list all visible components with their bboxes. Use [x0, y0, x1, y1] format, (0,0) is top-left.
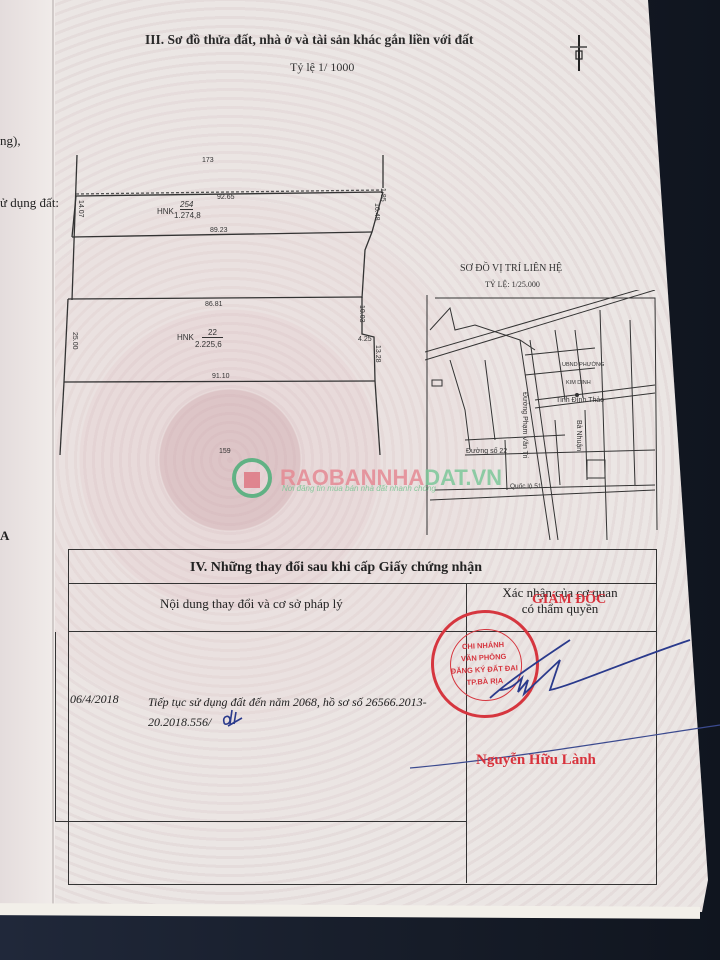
section4-title: IV. Những thay đổi sau khi cấp Giấy chứn…: [190, 560, 482, 576]
upper-bottom-edge: 89.23: [210, 227, 228, 234]
upper-right-edge: 10.48: [373, 203, 380, 221]
lower-top-edge: 86.81: [205, 301, 223, 308]
watermark-logo-icon: [232, 458, 272, 498]
map-label-road4: Bà Nhuận: [575, 420, 582, 451]
location-map-title: SƠ ĐỒ VỊ TRÍ LIÊN HỆ: [460, 263, 562, 274]
location-map: [425, 290, 660, 540]
watermark-tagline: Nơi đăng tin mua bán nhà đất nhanh chóng: [282, 484, 436, 493]
table-outer-left: [55, 632, 56, 822]
map-label-road5: Quốc lộ 51: [510, 483, 541, 490]
adjacent-parcel-top: 173: [202, 157, 214, 164]
upper-right-top-edge: 1.85: [379, 188, 386, 202]
column-header-content: Nội dung thay đổi và cơ sở pháp lý: [160, 596, 343, 612]
table-divider: [68, 583, 656, 584]
table-outer-bottom: [55, 821, 467, 822]
location-map-scale: TỶ LỆ: 1/25.000: [485, 280, 540, 289]
upper-land-type: HNK: [157, 207, 174, 216]
map-label-ward: UBND PHƯỜNG: [562, 362, 604, 368]
lower-bottom-edge: 91.10: [212, 373, 230, 380]
lower-area: 2.225,6: [195, 340, 222, 349]
lower-left-edge: 25.00: [71, 332, 78, 350]
adjacent-parcel-bottom: 159: [219, 448, 231, 455]
lower-land-type: HNK: [177, 333, 194, 342]
map-label-road1: Tỉnh Đình Thảo: [556, 397, 604, 404]
upper-top-edge: 92.65: [217, 194, 235, 201]
initials-signature-icon: [220, 706, 244, 730]
upper-area: 1.274,8: [174, 211, 201, 220]
change-date: 06/4/2018: [70, 692, 119, 707]
lower-right-jog: 4.25: [358, 336, 372, 343]
upper-left-edge: 14.07: [77, 200, 84, 218]
upper-parcel-number: 254: [180, 200, 193, 210]
signer-name: Nguyễn Hữu Lành: [476, 752, 596, 769]
lower-right-upper-edge: 10.03: [358, 305, 365, 323]
map-label-road3: Đường số 22: [466, 448, 507, 455]
signer-title: GIÁM ĐỐC: [532, 592, 606, 608]
lower-parcel-number: 22: [202, 328, 223, 338]
lower-right-lower-edge: 13.28: [374, 345, 381, 363]
map-label-ward2: KIM DINH: [566, 380, 591, 386]
map-label-road2: Đường Phạm Văn Tri: [521, 392, 528, 458]
